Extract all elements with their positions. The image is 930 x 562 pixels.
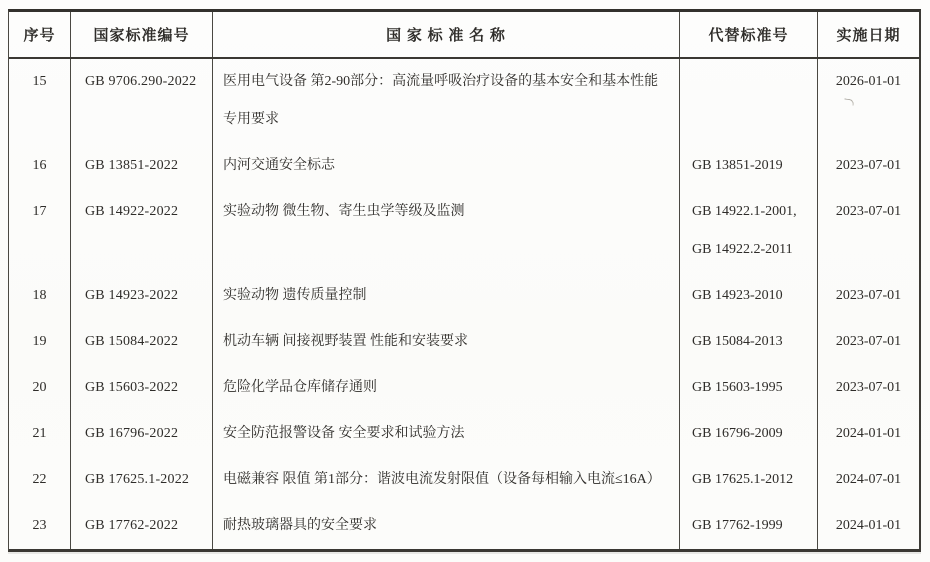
replaced-cell: GB 16796-2009 [680, 411, 818, 457]
code-cell: GB 15084-2022 [71, 319, 213, 365]
replaced-cell [680, 59, 818, 143]
serial-cell: 17 [9, 189, 71, 273]
table-row: 20 GB 15603-2022 危险化学品仓库储存通则 GB 15603-19… [9, 365, 919, 411]
code-cell: GB 14922-2022 [71, 189, 213, 273]
code-cell: GB 17625.1-2022 [71, 457, 213, 503]
date-value: 2023-07-01 [818, 323, 919, 361]
date-cell: 2024-07-01 [818, 457, 919, 503]
date-value: 2026-01-01 [818, 63, 919, 101]
table-row: 23 GB 17762-2022 耐热玻璃器具的安全要求 GB 17762-19… [9, 503, 919, 549]
name-cell: 实验动物 遗传质量控制 [213, 273, 680, 319]
table-body: 15 GB 9706.290-2022 医用电气设备 第2-90部分：高流量呼吸… [9, 59, 919, 549]
date-cell: 2023-07-01 [818, 365, 919, 411]
serial-cell: 16 [9, 143, 71, 189]
replaced-cell: GB 17625.1-2012 [680, 457, 818, 503]
date-value: 2024-01-01 [818, 507, 919, 545]
date-cell: 2023-07-01 [818, 143, 919, 189]
date-cell: 2024-01-01 [818, 411, 919, 457]
header-standard-name: 国 家 标 准 名 称 [213, 12, 680, 57]
code-cell: GB 16796-2022 [71, 411, 213, 457]
replaced-cell: GB 17762-1999 [680, 503, 818, 549]
table-row: 21 GB 16796-2022 安全防范报警设备 安全要求和试验方法 GB 1… [9, 411, 919, 457]
name-cell: 危险化学品仓库储存通则 [213, 365, 680, 411]
name-cell: 电磁兼容 限值 第1部分：谐波电流发射限值（设备每相输入电流≤16A） [213, 457, 680, 503]
replaced-code-line: GB 14922.1-2001, [692, 193, 817, 231]
serial-cell: 15 [9, 59, 71, 143]
table-row: 19 GB 15084-2022 机动车辆 间接视野装置 性能和安装要求 GB … [9, 319, 919, 365]
date-cell: 2023-07-01 [818, 189, 919, 273]
code-cell: GB 9706.290-2022 [71, 59, 213, 143]
replaced-cell: GB 13851-2019 [680, 143, 818, 189]
scanned-document-page: 序号 国家标准编号 国 家 标 准 名 称 代替标准号 实施日期 15 GB 9… [0, 0, 930, 562]
name-cell: 耐热玻璃器具的安全要求 [213, 503, 680, 549]
code-cell: GB 14923-2022 [71, 273, 213, 319]
name-cell: 医用电气设备 第2-90部分：高流量呼吸治疗设备的基本安全和基本性能专用要求 [213, 59, 680, 143]
date-cell: 2026-01-01 [818, 59, 919, 143]
date-value: 2024-01-01 [818, 415, 919, 453]
replaced-cell: GB 15603-1995 [680, 365, 818, 411]
table-row: 22 GB 17625.1-2022 电磁兼容 限值 第1部分：谐波电流发射限值… [9, 457, 919, 503]
date-value: 2023-07-01 [818, 277, 919, 315]
name-cell: 机动车辆 间接视野装置 性能和安装要求 [213, 319, 680, 365]
replaced-code-line: GB 14922.2-2011 [692, 231, 817, 269]
code-cell: GB 13851-2022 [71, 143, 213, 189]
header-standard-code: 国家标准编号 [71, 12, 213, 57]
replaced-cell: GB 15084-2013 [680, 319, 818, 365]
serial-cell: 21 [9, 411, 71, 457]
date-value: 2024-07-01 [818, 461, 919, 499]
replaced-code-line: GB 13851-2019 [692, 147, 817, 185]
replaced-code-line: GB 17762-1999 [692, 507, 817, 545]
header-replaced-code: 代替标准号 [680, 12, 818, 57]
replaced-code-line: GB 14923-2010 [692, 277, 817, 315]
code-cell: GB 17762-2022 [71, 503, 213, 549]
serial-cell: 19 [9, 319, 71, 365]
replaced-code-line: GB 15603-1995 [692, 369, 817, 407]
date-cell: 2024-01-01 [818, 503, 919, 549]
standards-table: 序号 国家标准编号 国 家 标 准 名 称 代替标准号 实施日期 15 GB 9… [8, 9, 921, 552]
date-cell: 2023-07-01 [818, 273, 919, 319]
table-row: 18 GB 14923-2022 实验动物 遗传质量控制 GB 14923-20… [9, 273, 919, 319]
code-cell: GB 15603-2022 [71, 365, 213, 411]
date-value: 2023-07-01 [818, 193, 919, 231]
name-cell: 安全防范报警设备 安全要求和试验方法 [213, 411, 680, 457]
replaced-cell: GB 14923-2010 [680, 273, 818, 319]
header-serial: 序号 [9, 12, 71, 57]
name-cell: 实验动物 微生物、寄生虫学等级及监测 [213, 189, 680, 273]
header-implementation-date: 实施日期 [818, 12, 919, 57]
table-row: 16 GB 13851-2022 内河交通安全标志 GB 13851-2019 … [9, 143, 919, 189]
table-row: 15 GB 9706.290-2022 医用电气设备 第2-90部分：高流量呼吸… [9, 59, 919, 143]
name-cell: 内河交通安全标志 [213, 143, 680, 189]
replaced-cell: GB 14922.1-2001,GB 14922.2-2011 [680, 189, 818, 273]
table-row: 17 GB 14922-2022 实验动物 微生物、寄生虫学等级及监测 GB 1… [9, 189, 919, 273]
serial-cell: 22 [9, 457, 71, 503]
replaced-code-line: GB 17625.1-2012 [692, 461, 817, 499]
date-value: 2023-07-01 [818, 369, 919, 407]
serial-cell: 18 [9, 273, 71, 319]
replaced-code-line: GB 15084-2013 [692, 323, 817, 361]
date-value: 2023-07-01 [818, 147, 919, 185]
serial-cell: 20 [9, 365, 71, 411]
table-header-row: 序号 国家标准编号 国 家 标 准 名 称 代替标准号 实施日期 [9, 12, 919, 59]
serial-cell: 23 [9, 503, 71, 549]
replaced-code-line: GB 16796-2009 [692, 415, 817, 453]
date-cell: 2023-07-01 [818, 319, 919, 365]
